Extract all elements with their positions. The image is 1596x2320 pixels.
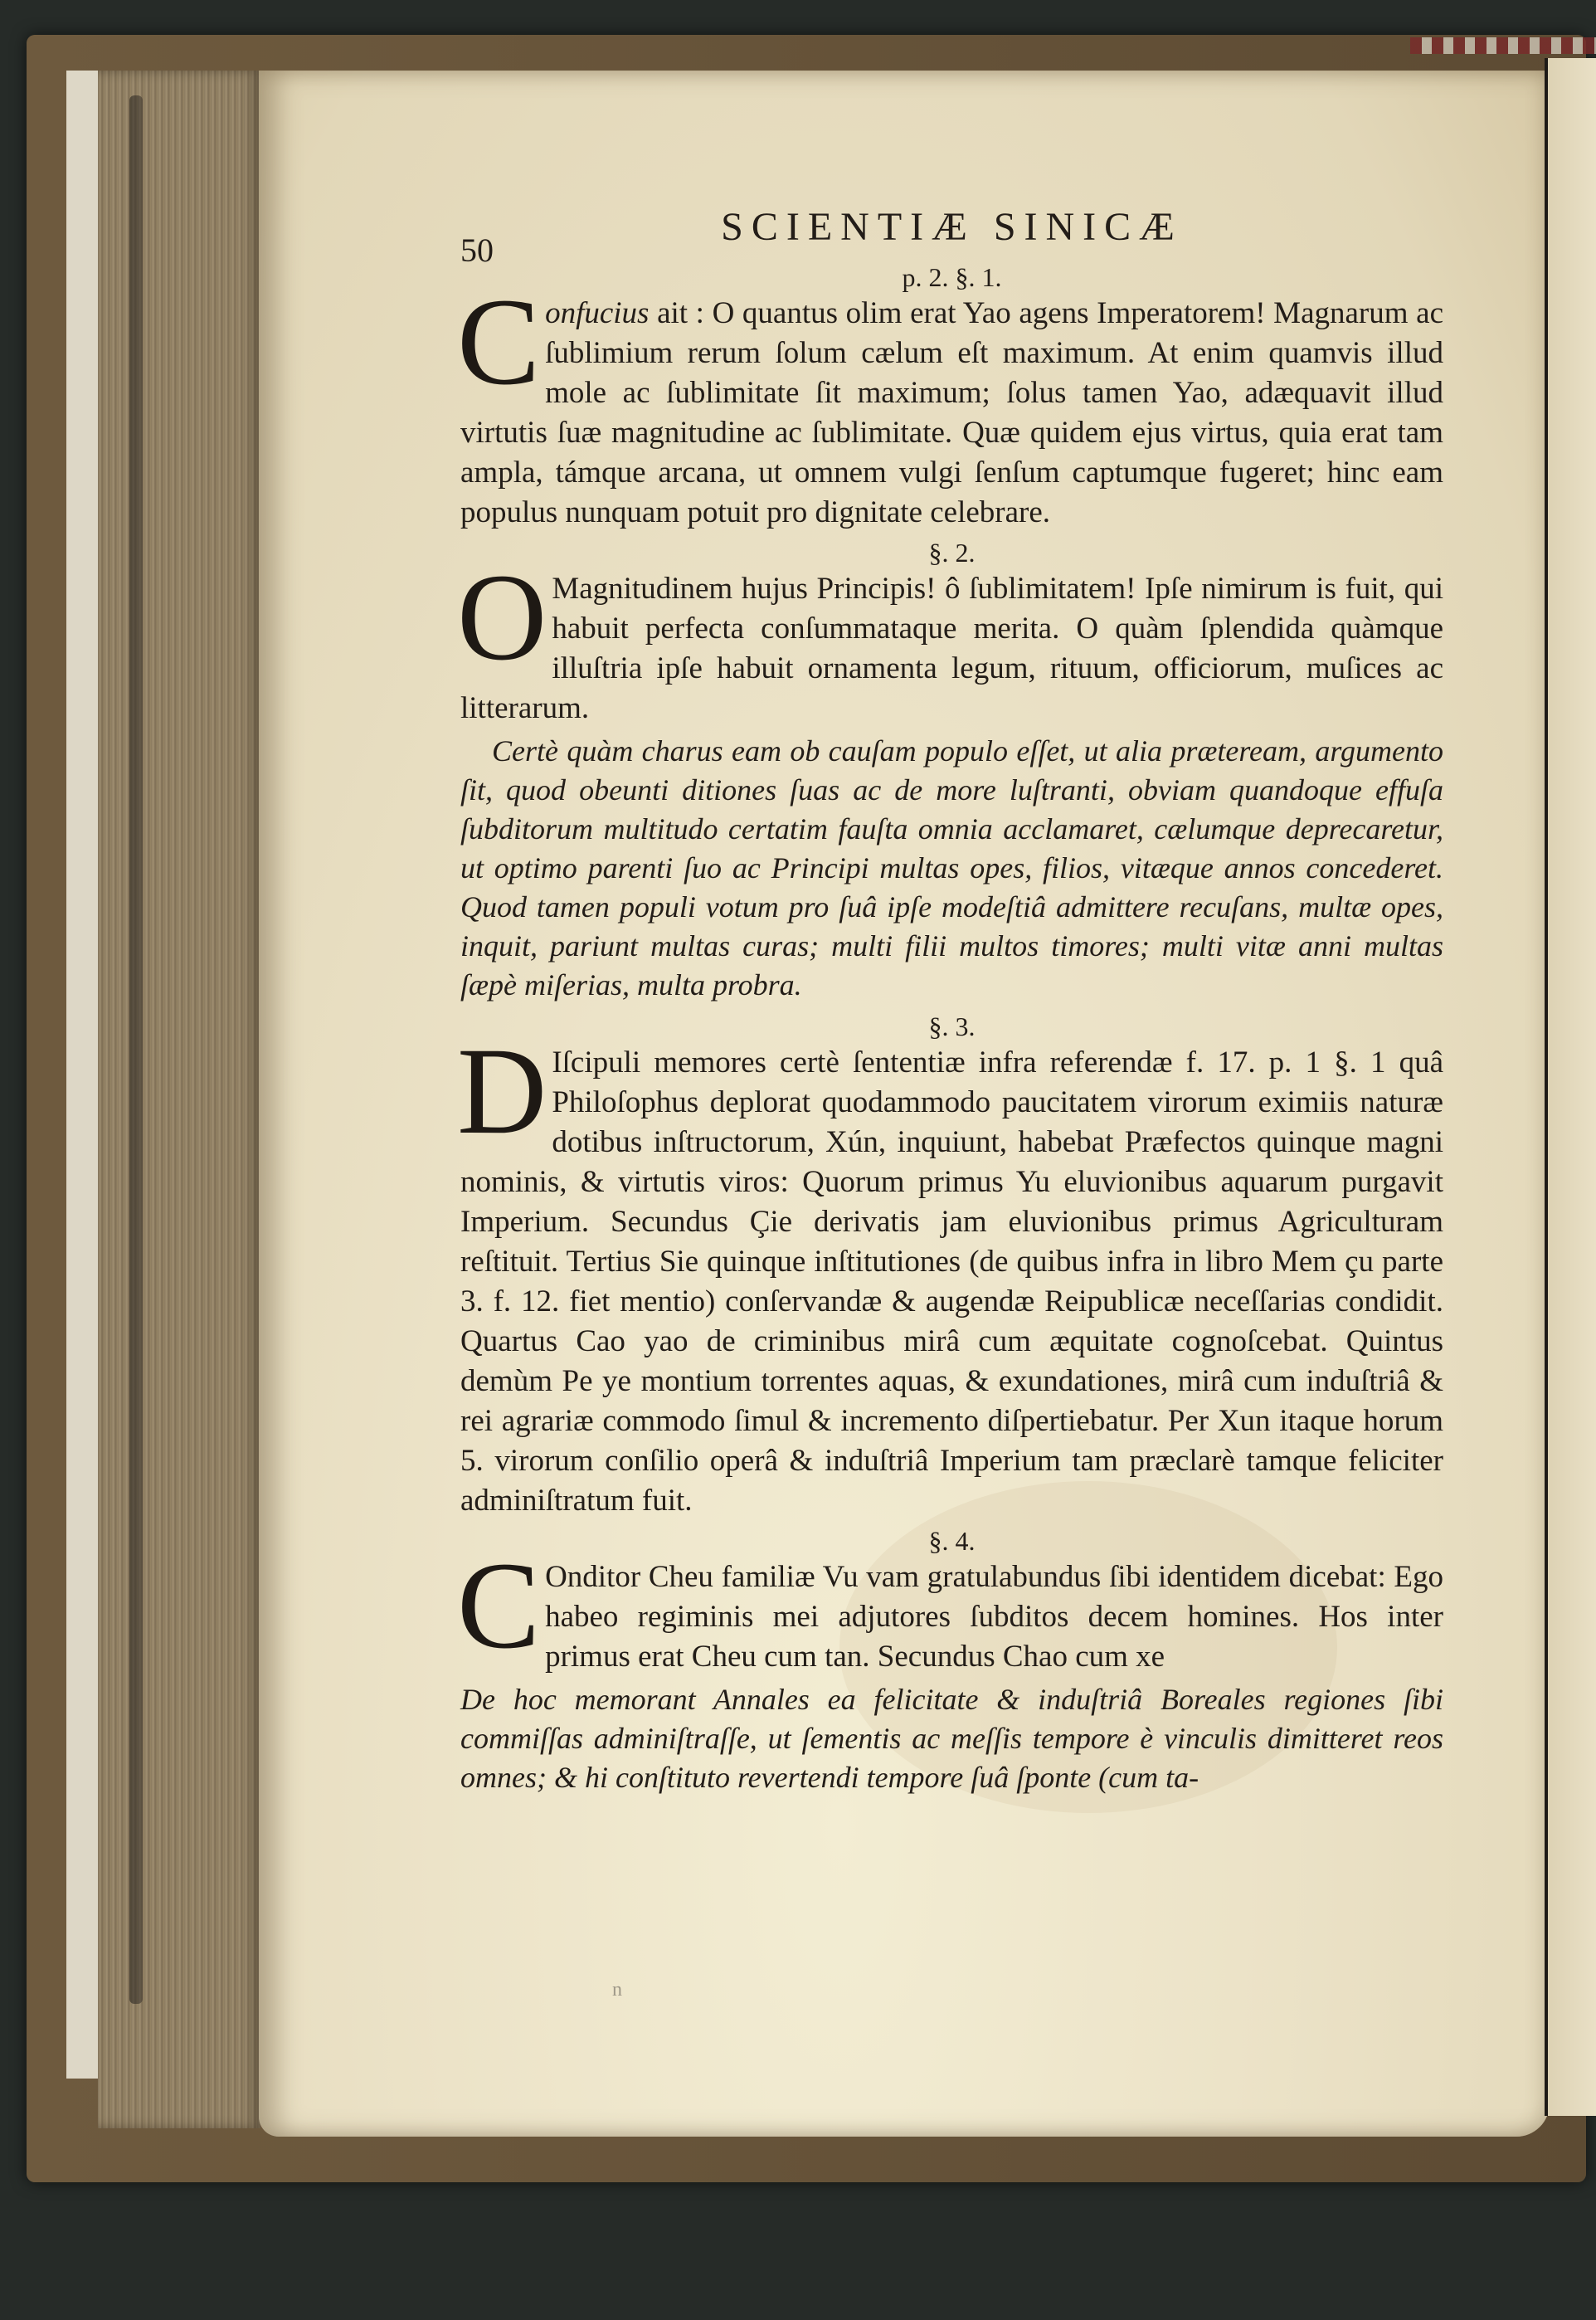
section-1-paragraph: Confucius ait : O quantus olim erat Yao … [460,294,1443,533]
drop-cap: O [457,571,547,664]
spine-crack [129,95,143,2004]
headband [1410,37,1596,54]
section-3-paragraph: DIſcipuli memores certè ſententiæ infra … [460,1043,1443,1521]
running-title: SCIENTIÆ SINICÆ [460,207,1443,247]
endpaper [66,71,102,2079]
commentary-paragraph: Certè quàm charus eam ob cauſam populo e… [460,732,1443,1005]
paragraph-text: ait : O quantus olim erat Yao agens Impe… [460,296,1443,529]
catchword: n [612,1979,622,2001]
section-heading: §. 3. [460,1010,1443,1043]
facing-page-edge [1548,58,1596,2116]
paragraph-text: Onditor Cheu familiæ Vu vam gratulabundu… [545,1560,1443,1674]
drop-cap: C [457,295,540,388]
drop-cap: C [457,1559,540,1652]
section-heading: §. 2. [460,536,1443,569]
page-block-edge [98,71,260,2128]
lead-in: onfucius [545,296,649,330]
drop-cap: D [457,1045,547,1138]
section-heading: p. 2. §. 1. [460,261,1443,294]
section-heading: §. 4. [460,1524,1443,1557]
paragraph-text: Iſcipuli memores certè ſententiæ infra r… [460,1045,1443,1518]
commentary-paragraph: De hoc memorant Annales ea felicitate & … [460,1680,1443,1797]
paragraph-text: Magnitudinem hujus Principis! ô ſublimit… [460,572,1443,725]
section-2-paragraph: O Magnitudinem hujus Principis! ô ſublim… [460,569,1443,729]
running-head: 50 SCIENTIÆ SINICÆ [460,207,1443,261]
page-text: 50 SCIENTIÆ SINICÆ p. 2. §. 1. Confucius… [460,207,1443,1802]
section-4-paragraph: COnditor Cheu familiæ Vu vam gratulabund… [460,1557,1443,1677]
